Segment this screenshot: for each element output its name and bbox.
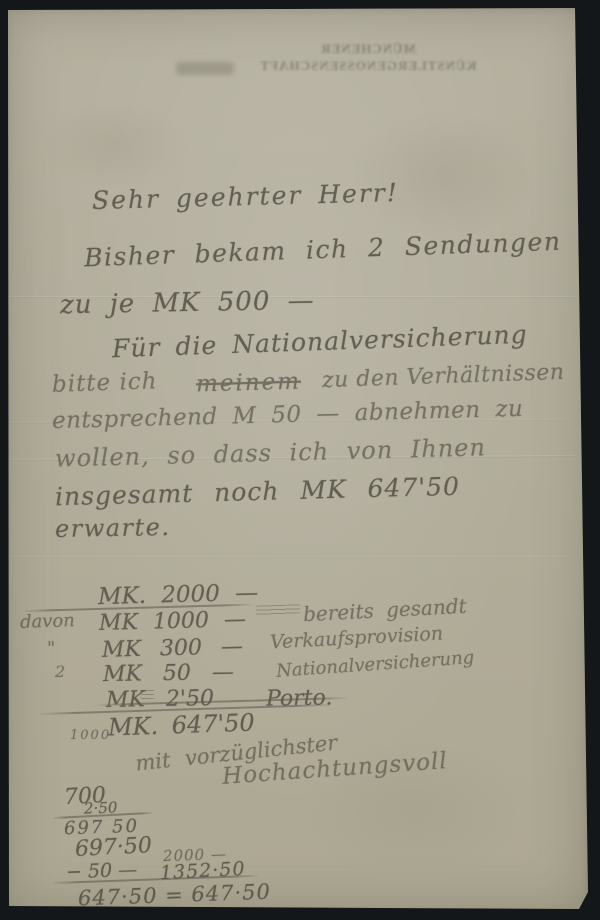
fold-crease	[7, 556, 567, 558]
table-row3-amount: MK 50 —	[103, 662, 234, 686]
page-content: MÜNCHENER KÜNSTLERGENOSSENSCHAFT Sehr ge…	[0, 0, 600, 920]
table-row1-margin: davon	[20, 612, 75, 632]
table-row1-amount: MK 1000 —	[99, 609, 246, 635]
letterhead-line2: KÜNSTLERGENOSSENSCHAFT	[222, 57, 514, 74]
letterhead-line1: MÜNCHENER	[222, 40, 514, 57]
total-prefix: 1000	[70, 729, 111, 742]
letter-page: MÜNCHENER KÜNSTLERGENOSSENSCHAFT Sehr ge…	[6, 8, 588, 913]
para1-line2: zu je MK 500 —	[60, 288, 315, 318]
para2-line2b: zu den Verhältnissen	[322, 362, 565, 392]
paper-stain	[350, 110, 540, 240]
para2-line4: wollen, so dass ich von Ihnen	[55, 435, 486, 470]
total-amount: MK. 647'50	[108, 710, 255, 739]
letterhead-bleedthrough: MÜNCHENER KÜNSTLERGENOSSENSCHAFT	[222, 40, 514, 74]
calc-final: 647·50 = 647·50	[78, 882, 272, 910]
para2-line5: insgesamt noch MK 647'50	[55, 474, 461, 510]
table-row2-note: Verkaufsprovision	[270, 624, 444, 652]
table-row3-note: Nationalversicherung	[276, 649, 475, 681]
salutation: Sehr geehrter Herr!	[92, 180, 399, 213]
table-row3-margin: 2	[55, 664, 65, 680]
calc-carry: 697·50	[74, 835, 152, 861]
table-row2-margin: "	[47, 640, 55, 658]
bleedthrough-smudge	[176, 62, 234, 75]
scribbled-out-word	[256, 604, 300, 615]
table-row1-note: bereits gesandt	[303, 596, 467, 625]
para2-struck-word: meinem	[196, 371, 302, 397]
para1-line1: Bisher bekam ich 2 Sendungen	[84, 229, 562, 271]
para2-line3: entsprechend M 50 — abnehmen zu	[52, 398, 524, 433]
para2-line6: erwarte.	[55, 515, 171, 541]
para2-line2a: bitte ich	[52, 370, 158, 397]
para2-intro: Für die Nationalversicherung	[112, 322, 528, 361]
table-row2-amount: MK 300 —	[102, 636, 243, 662]
paper-stain	[40, 100, 190, 190]
corrected-digit-scribble	[141, 690, 154, 699]
scan-background: MÜNCHENER KÜNSTLERGENOSSENSCHAFT Sehr ge…	[0, 0, 600, 920]
